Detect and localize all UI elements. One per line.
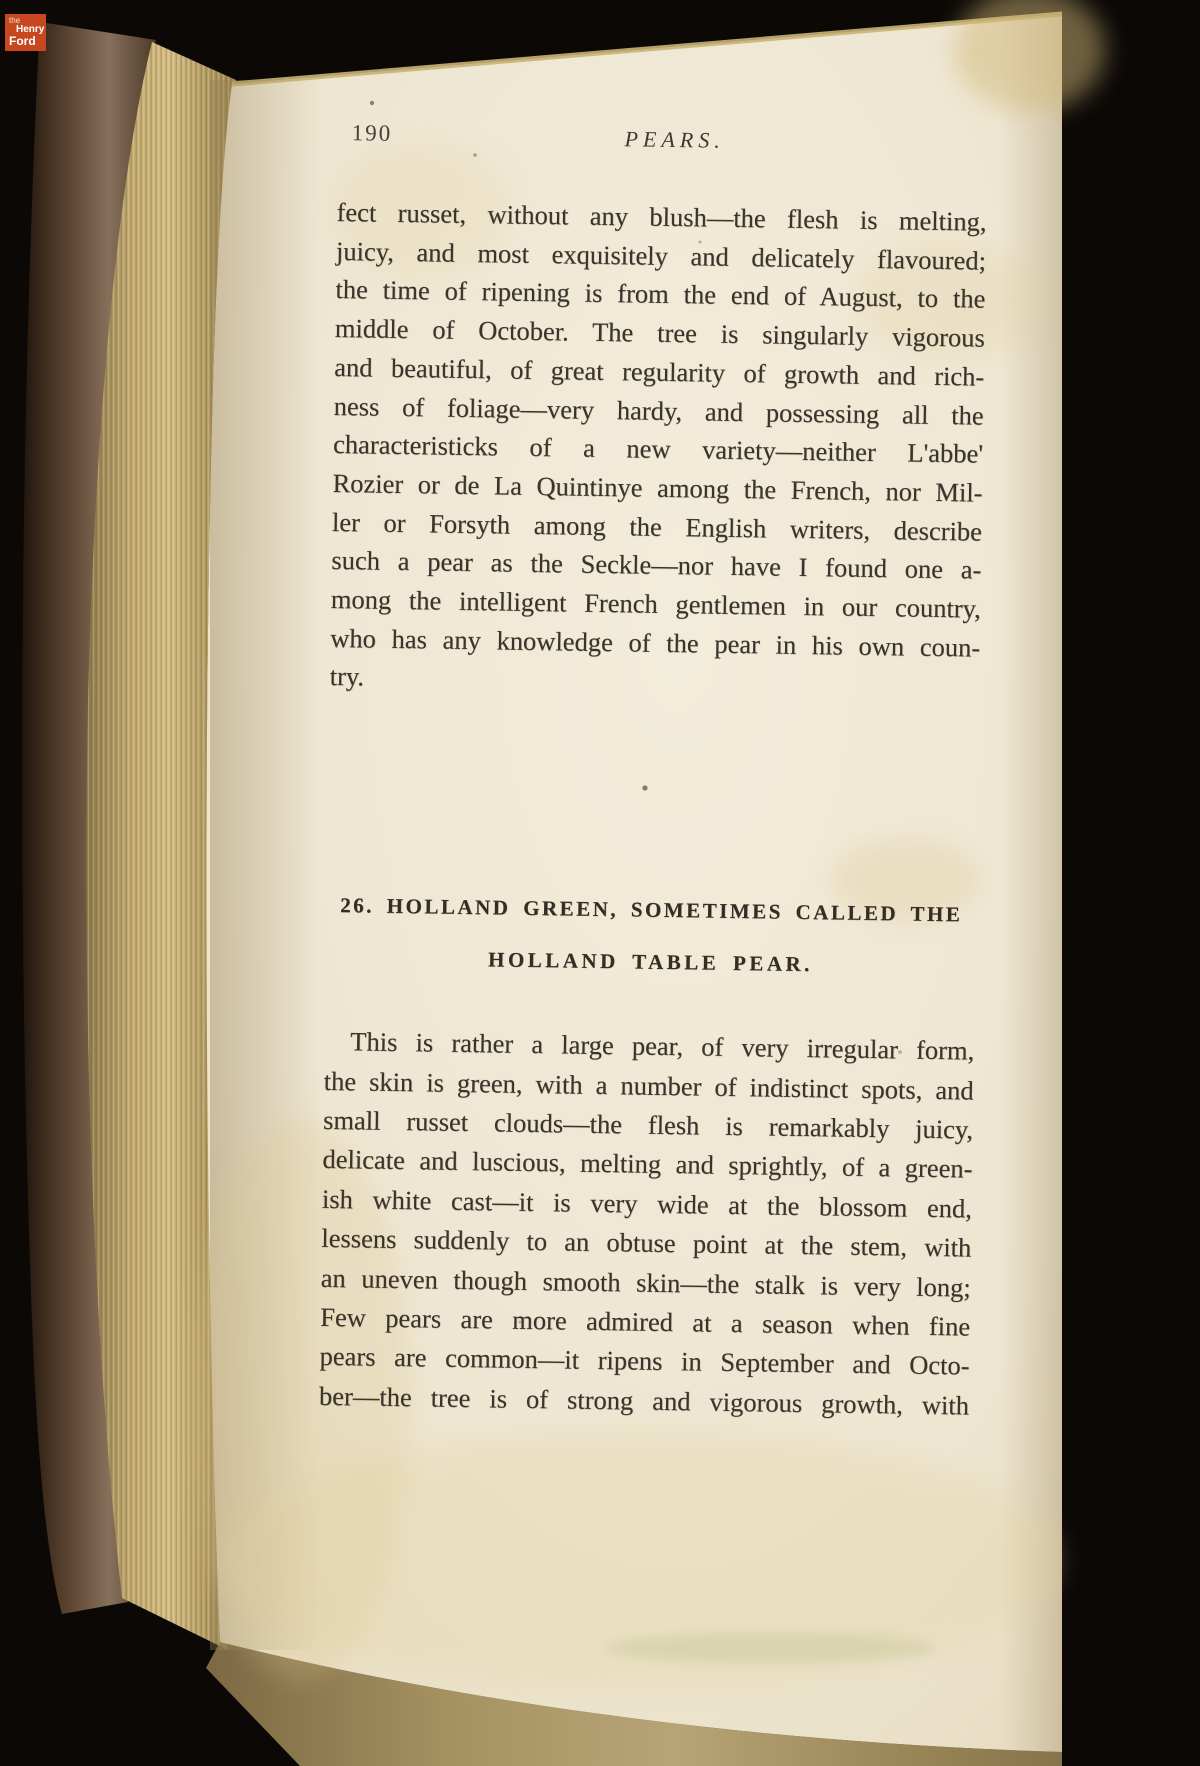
section-heading-line: HOLLAND TABLE PEAR. <box>325 942 975 982</box>
henry-ford-logo: the Henry Ford <box>5 14 46 51</box>
section-heading-line: 26. HOLLAND GREEN, SOMETIMES CALLED THE <box>326 890 976 930</box>
page-number: 190 <box>352 120 393 147</box>
paragraph-1: fect russet, without any blush—the flesh… <box>329 193 986 706</box>
section-heading: 26. HOLLAND GREEN, SOMETIMES CALLED THE … <box>325 890 976 982</box>
paragraph-2: This is rather a large pear, of very irr… <box>319 1022 975 1426</box>
running-title: PEARS. <box>624 126 725 153</box>
logo-ford: Ford <box>9 35 46 47</box>
book-photo: the Henry Ford 190 PEARS. fect russet, w… <box>0 0 1200 1766</box>
ghost-text-smudge <box>605 1632 935 1664</box>
page-text: 190 PEARS. fect russet, without any blus… <box>319 118 988 1426</box>
